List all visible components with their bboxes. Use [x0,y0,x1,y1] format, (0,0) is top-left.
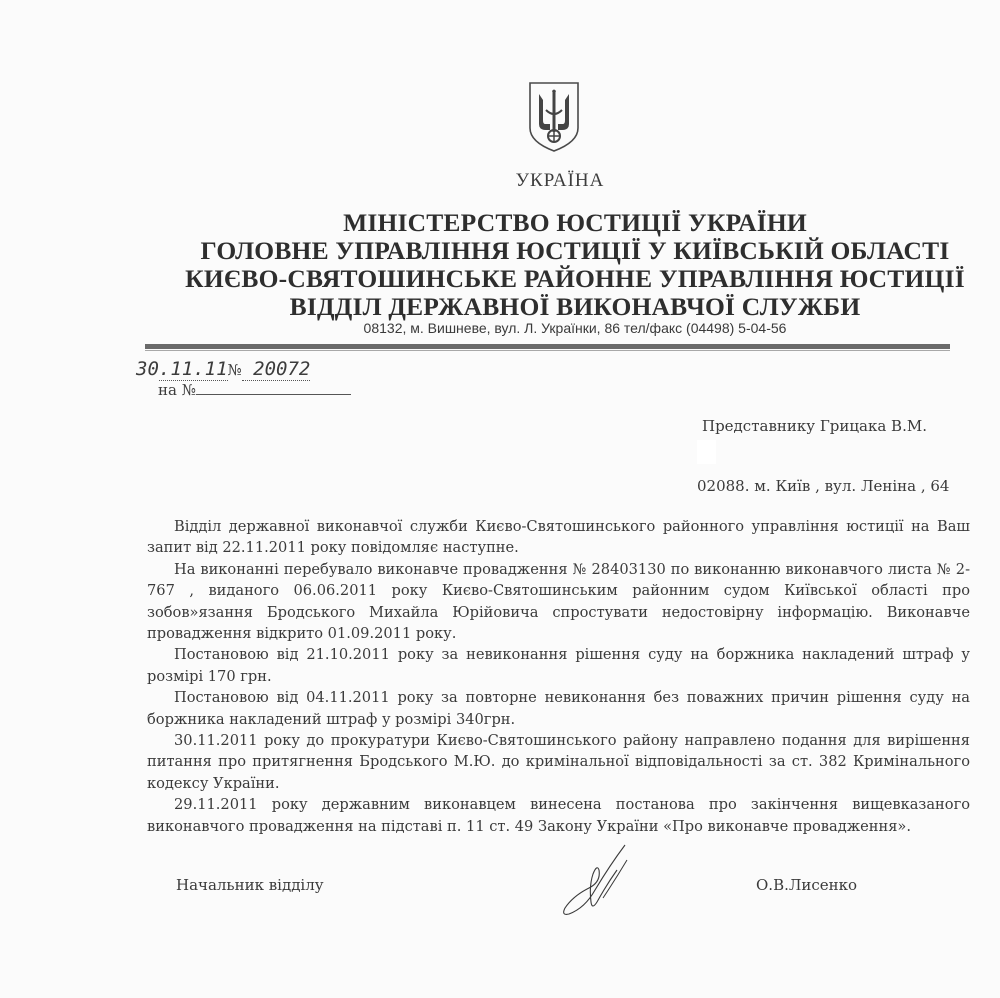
redaction-box [697,440,716,464]
coat-of-arms-icon [526,80,582,154]
signature-icon [555,840,640,920]
body-paragraph: Постановою від 21.10.2011 року за невико… [147,644,970,687]
incoming-reference-label: на № [158,381,196,399]
header-divider [145,344,950,349]
incoming-reference: на № [158,381,351,399]
org-line-main-directorate: ГОЛОВНЕ УПРАВЛІННЯ ЮСТИЦІЇ У КИЇВСЬКІЙ О… [140,236,1000,266]
body-paragraph: Відділ державної виконавчої служби Києво… [147,516,970,559]
org-line-district-directorate: КИЄВО-СВЯТОШИНСЬКЕ РАЙОННЕ УПРАВЛІННЯ ЮС… [140,264,1000,294]
letter-page: УКРАЇНА МІНІСТЕРСТВО ЮСТИЦІЇ УКРАЇНИ ГОЛ… [0,0,1000,998]
signatory-name: О.В.Лисенко [756,876,857,894]
outgoing-number-label: № [228,361,242,379]
outgoing-date-prefix: 30 [136,358,159,380]
recipient-address: 02088. м. Київ , вул. Леніна , 64 [697,477,949,495]
signatory-title: Начальник відділу [176,876,324,894]
body-paragraph: На виконанні перебувало виконавче провад… [147,559,970,645]
sender-address: 08132, м. Вишневе, вул. Л. Українки, 86 … [140,320,1000,336]
letter-body: Відділ державної виконавчої служби Києво… [147,516,970,837]
body-paragraph: Постановою від 04.11.2011 року за повтор… [147,687,970,730]
header-divider-thin [145,350,950,351]
incoming-reference-blank [196,382,351,395]
org-line-department: ВІДДІЛ ДЕРЖАВНОЇ ВИКОНАВЧОЇ СЛУЖБИ [140,292,1000,322]
outgoing-date: .11.11 [159,358,228,381]
outgoing-number: 20072 [242,358,311,381]
body-paragraph: 29.11.2011 року державним виконавцем вин… [147,794,970,837]
body-paragraph: 30.11.2011 року до прокуратури Києво-Свя… [147,730,970,794]
recipient-name: Представнику Грицака В.М. [702,417,927,435]
country-name: УКРАЇНА [0,170,1000,192]
outgoing-reference: 30.11.11№ 20072 [136,358,310,380]
org-line-ministry: МІНІСТЕРСТВО ЮСТИЦІЇ УКРАЇНИ [140,208,1000,238]
